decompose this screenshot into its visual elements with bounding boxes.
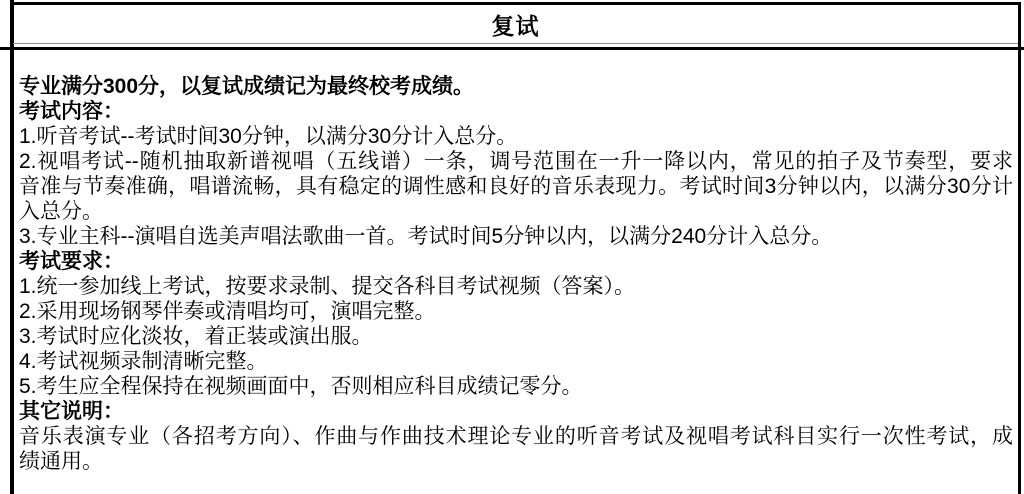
text-line: 考试要求： [19, 249, 1013, 274]
text-line: 3.专业主科--演唱自选美声唱法歌曲一首。考试时间5分钟以内，以满分240分计入… [19, 224, 1013, 249]
text-line: 其它说明： [19, 399, 1013, 424]
text-line: 4.考试视频录制清晰完整。 [19, 349, 1013, 374]
text-line: 2.视唱考试--随机抽取新谱视唱（五线谱）一条，调号范围在一升一降以内，常见的拍… [19, 149, 1013, 174]
table-border-right [1018, 2, 1021, 494]
table-border-left [10, 0, 14, 494]
document-table: 复试 专业满分300分，以复试成绩记为最终校考成绩。考试内容：1.听音考试--考… [0, 0, 1024, 494]
text-line: 专业满分300分，以复试成绩记为最终校考成绩。 [19, 74, 1013, 99]
section-title: 复试 [492, 8, 540, 41]
text-line: 音准与节奏准确，唱谱流畅，具有稳定的调性感和良好的音乐表现力。考试时间3分钟以内… [19, 174, 1013, 199]
text-line: 5.考生应全程保持在视频画面中，否则相应科目成绩记零分。 [19, 374, 1013, 399]
text-line: 2.采用现场钢琴伴奏或清唱均可，演唱完整。 [19, 299, 1013, 324]
text-line: 1.听音考试--考试时间30分钟，以满分30分计入总分。 [19, 124, 1013, 149]
header-row-divider-thick [0, 47, 1024, 50]
text-line: 绩通用。 [19, 449, 1013, 474]
text-line: 入总分。 [19, 199, 1013, 224]
text-line: 音乐表演专业（各招考方向）、作曲与作曲技术理论专业的听音考试及视唱考试科目实行一… [19, 424, 1013, 449]
text-line: 3.考试时应化淡妆，着正装或演出服。 [19, 324, 1013, 349]
header-cell: 复试 [13, 5, 1018, 43]
header-row-divider-thin [13, 43, 1018, 44]
body-cell: 专业满分300分，以复试成绩记为最终校考成绩。考试内容：1.听音考试--考试时间… [19, 74, 1013, 474]
text-line: 考试内容： [19, 99, 1013, 124]
text-line: 1.统一参加线上考试，按要求录制、提交各科目考试视频（答案）。 [19, 274, 1013, 299]
